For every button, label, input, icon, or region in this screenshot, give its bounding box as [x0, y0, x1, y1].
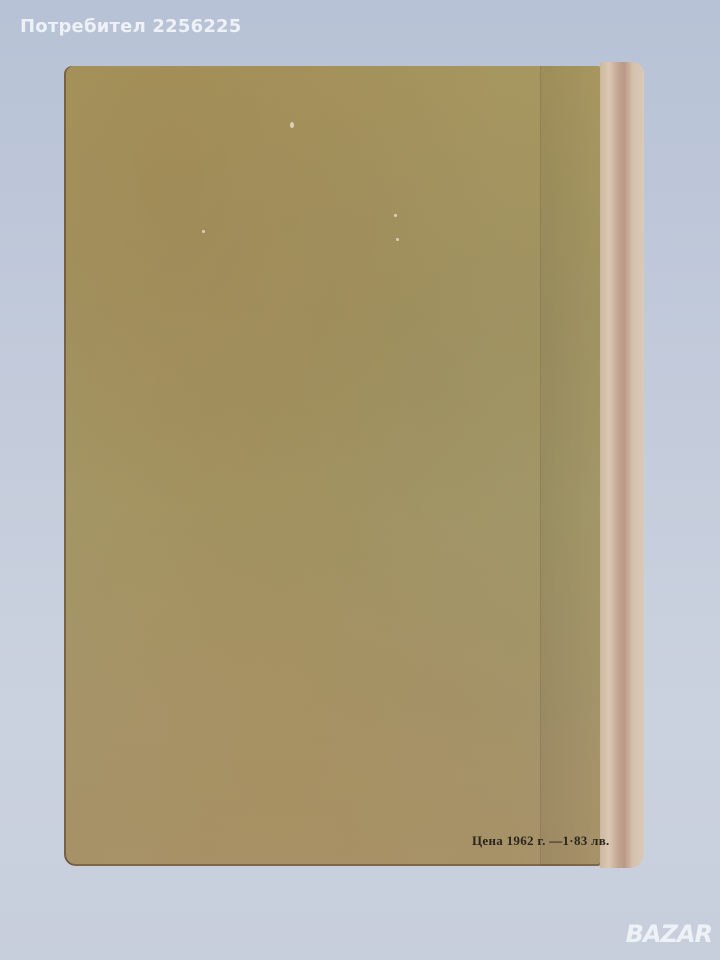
price-label: Цена 1962 г. —1·83 лв. [472, 833, 610, 849]
cover-hinge [540, 66, 601, 866]
bazar-logo: BAZAR [626, 920, 712, 948]
cover-speck [290, 122, 294, 128]
cover-board [64, 66, 600, 866]
cover-speck [202, 230, 205, 233]
cover-speck [394, 214, 397, 217]
book-spine [600, 62, 644, 868]
user-watermark: Потребител 2256225 [20, 16, 242, 37]
cover-speck [396, 238, 399, 241]
book-back-cover: Цена 1962 г. —1·83 лв. [64, 62, 644, 868]
